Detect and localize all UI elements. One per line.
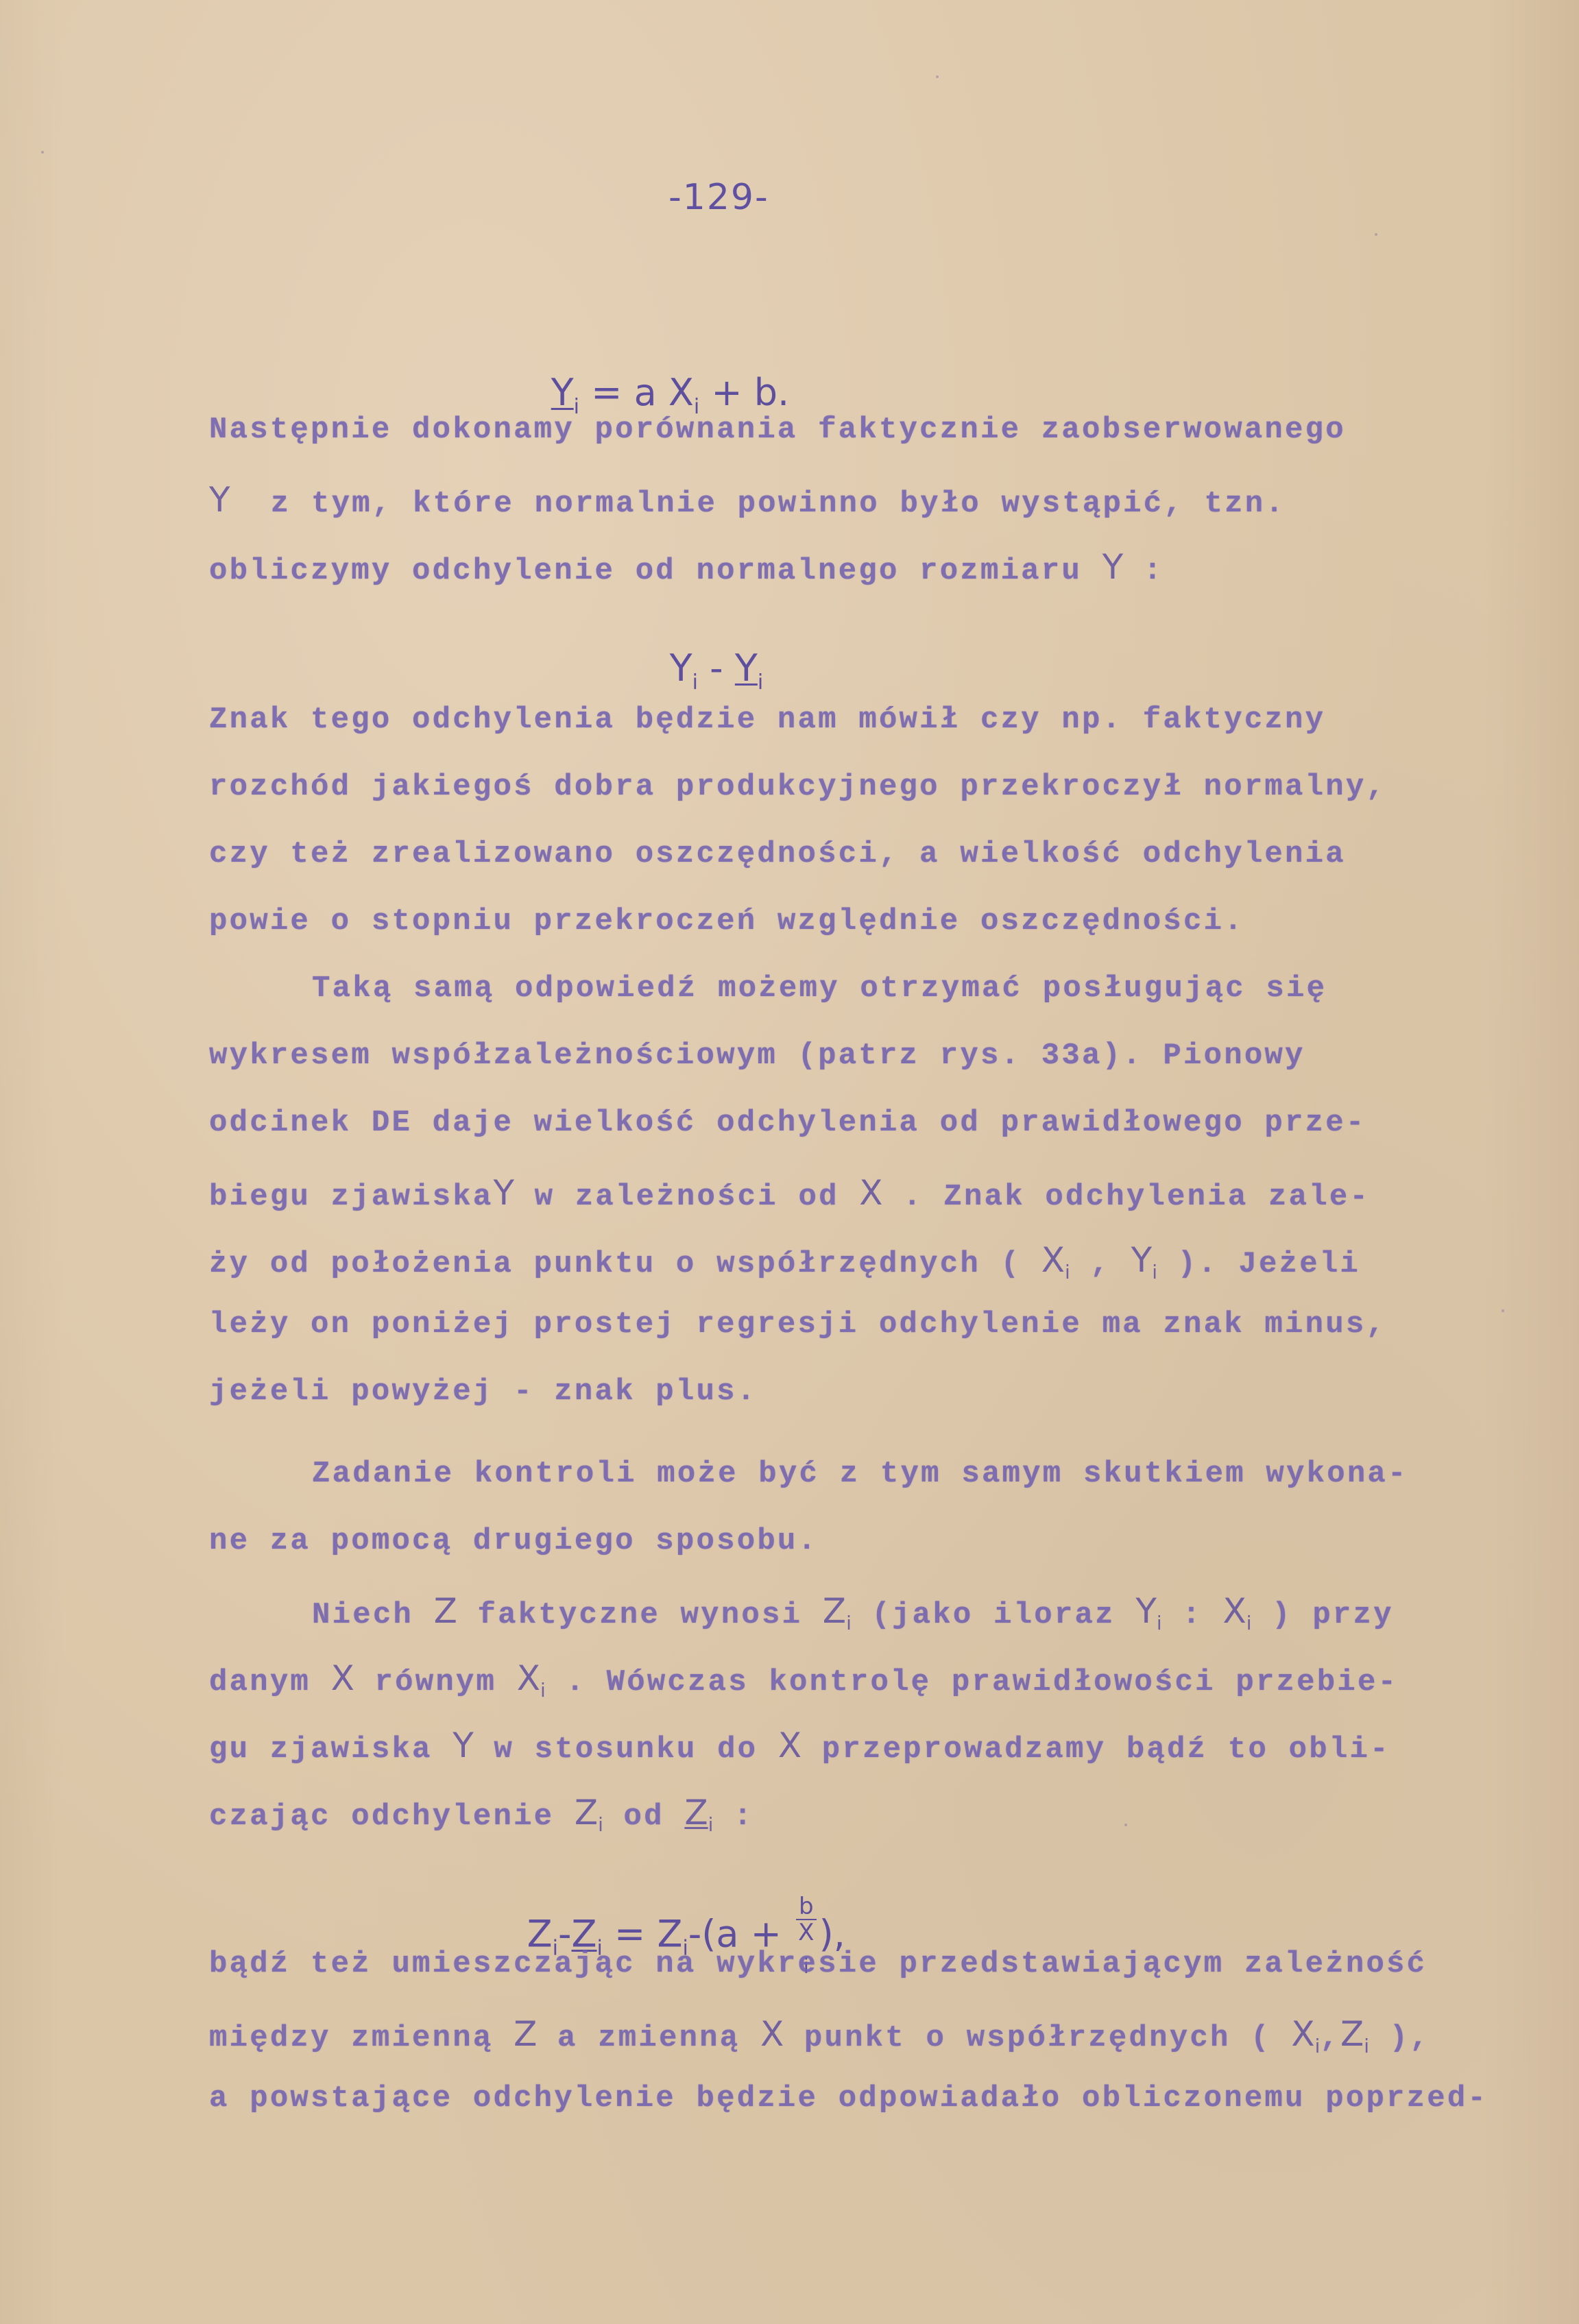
- variable-y: Y: [493, 1173, 514, 1213]
- text-line: leży on poniżej prostej regresji odchyle…: [209, 1307, 1386, 1342]
- variable-y: Yi: [1131, 1240, 1157, 1280]
- text-line: Następnie dokonamy porównania faktycznie…: [209, 413, 1346, 447]
- text-line: rozchód jakiegoś dobra produkcyjnego prz…: [209, 770, 1386, 804]
- variable-x: X: [859, 1173, 882, 1213]
- variable-z: Zi: [1340, 2014, 1369, 2054]
- variable-y: Y: [453, 1726, 474, 1765]
- variable-y: Y: [209, 480, 230, 520]
- text-line: a powstające odchylenie będzie odpowiada…: [209, 2081, 1488, 2116]
- variable-z: Z: [434, 1591, 457, 1631]
- text-line: odcinek DE daje wielkość odchylenia od p…: [209, 1106, 1366, 1140]
- text-line: powie o stopniu przekroczeń względnie os…: [209, 904, 1244, 939]
- paper-speck: [1124, 1824, 1127, 1826]
- variable-y: Yi: [1135, 1591, 1161, 1631]
- variable-x: Xi: [1291, 2014, 1320, 2054]
- text-line: danym X równym Xi . Wówczas kontrolę pra…: [209, 1658, 1398, 1702]
- text-line: Niech Z faktyczne wynosi Zi (jako iloraz…: [312, 1591, 1394, 1634]
- text-line: czając odchylenie Zi od Zi :: [209, 1793, 754, 1836]
- text-line: między zmienną Z a zmienną X punkt o wsp…: [209, 2014, 1430, 2057]
- variable-y: Y: [1102, 547, 1124, 587]
- text-line: wykresem współzależnościowym (patrz rys.…: [209, 1039, 1305, 1073]
- text-line: gu zjawiska Y w stosunku do X przeprowad…: [209, 1726, 1390, 1767]
- paper-speck: [936, 75, 939, 78]
- text-line: bądź też umieszczając na wykresie przeds…: [209, 1947, 1427, 1981]
- text-line: Taką samą odpowiedź możemy otrzymać posł…: [312, 971, 1327, 1006]
- text-line: Y z tym, które normalnie powinno było wy…: [209, 480, 1286, 521]
- paper-speck: [1502, 1309, 1504, 1312]
- paper-speck: [41, 151, 44, 154]
- variable-x: Xi: [517, 1658, 546, 1698]
- variable-x: X: [778, 1726, 801, 1765]
- text-line: Zadanie kontroli może być z tym samym sk…: [312, 1457, 1408, 1491]
- variable-x: Xi: [1041, 1240, 1070, 1280]
- text-line: czy też zrealizowano oszczędności, a wie…: [209, 837, 1346, 871]
- text-line: biegu zjawiskaY w zależności od X . Znak…: [209, 1173, 1370, 1214]
- text-line: jeżeli powyżej - znak plus.: [209, 1375, 757, 1409]
- text-line: Znak tego odchylenia będzie nam mówił cz…: [209, 703, 1325, 737]
- variable-z-normal: Zi: [684, 1793, 713, 1832]
- variable-x: Xi: [1222, 1591, 1251, 1631]
- text-line: ne za pomocą drugiego sposobu.: [209, 1524, 818, 1558]
- text-line: obliczymy odchylenie od normalnego rozmi…: [209, 547, 1164, 588]
- variable-z: Zi: [575, 1793, 603, 1832]
- document-page: -129- Yi = a Xi + b. Następnie dokonamy …: [0, 0, 1579, 2324]
- paper-speck: [1375, 233, 1377, 236]
- text-line: ży od położenia punktu o współrzędnych (…: [209, 1240, 1360, 1283]
- equation-z-deviation: Zi-Zi = Zi-(a + bXi),: [480, 1851, 845, 2022]
- variable-z: Z: [514, 2014, 537, 2054]
- variable-x: X: [760, 2014, 784, 2054]
- page-number: -129-: [668, 177, 769, 218]
- variable-x: X: [331, 1658, 354, 1698]
- variable-z: Zi: [823, 1591, 852, 1631]
